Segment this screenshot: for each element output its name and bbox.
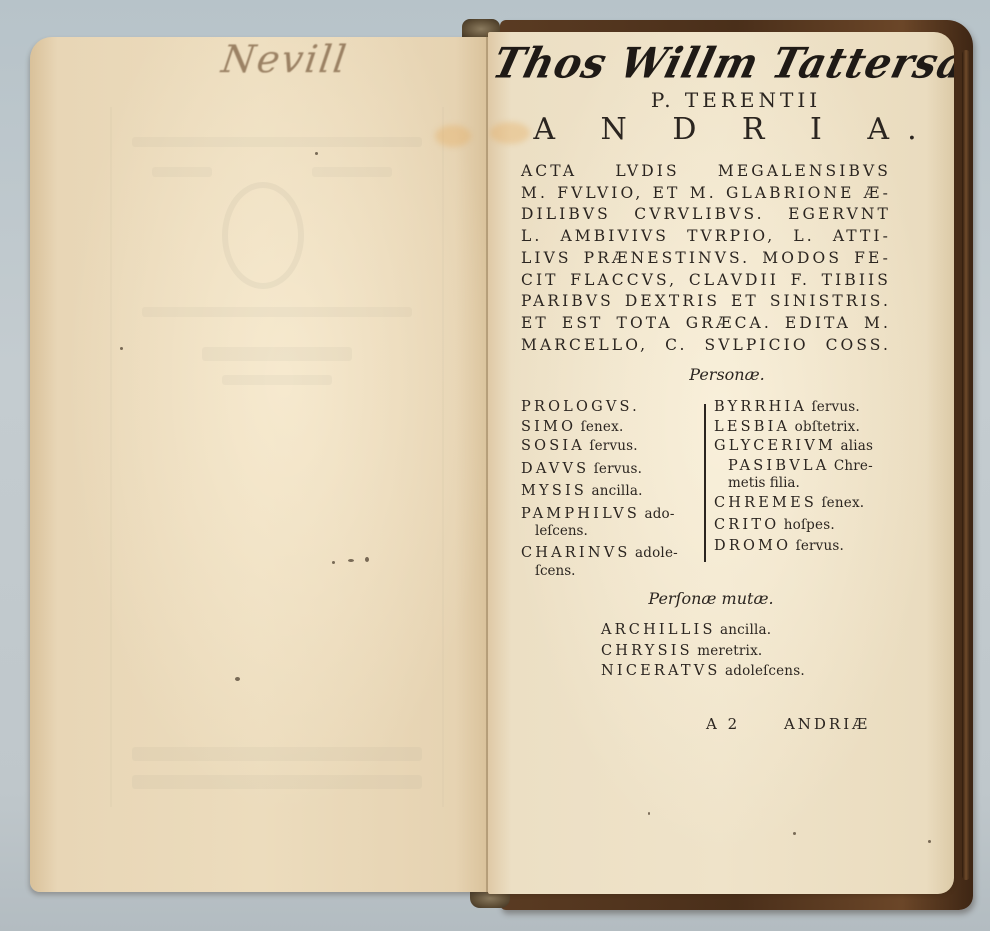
ghost-line [132,747,422,761]
speck [315,152,318,155]
author-name: P. TERENTII [488,88,954,112]
persona-name: CRITO [714,517,779,533]
persona-entry: PASIBVLA Chre- metis filia. [714,457,894,492]
persona-role-continued: ſcens. [521,564,701,579]
persona-name: MYSIS [521,483,587,499]
ghost-emblem [222,182,304,289]
preamble-line: LIVS PRÆNESTINVS. MODOS FE- [521,248,891,270]
preamble-line: PARIBVS DEXTRIS ET SINISTRIS. [521,291,891,313]
page-footer: A 2 ANDRIÆ [706,715,870,733]
persona-entry: LESBIA obſtetrix. [714,418,894,438]
persona-role: adoleſcens. [725,663,805,679]
personae-left-column: PROLOGVS. SIMO ſenex. SOSIA ſervus. DAVV… [521,398,701,579]
persona-entry: DAVVS ſervus. [521,460,701,480]
left-page: Nevill [30,37,492,892]
persona-name: SOSIA [521,438,585,454]
speck [928,840,931,843]
ghost-line [312,167,392,177]
speck [365,557,369,562]
persona-name: GLYCERIVM [714,438,836,454]
speck [235,677,240,681]
signature-mark: A 2 [706,715,740,733]
persona-entry: SOSIA ſervus. [521,437,701,457]
persona-name: NICERATVS [601,663,721,679]
persona-entry: MYSIS ancilla. [521,482,701,502]
preamble-line: M. FVLVIO, ET M. GLABRIONE Æ- [521,183,891,205]
persona-name: BYRRHIA [714,399,807,415]
preamble-line: MARCELLO, C. SVLPICIO COSS. [521,335,891,357]
persona-role: obſtetrix. [795,419,860,435]
persona-role: ſervus. [796,538,844,554]
persona-role: ſenex. [821,495,864,511]
persona-role: meretrix. [697,643,762,659]
persona-entry: PROLOGVS. [521,398,701,418]
persona-name: DROMO [714,538,791,554]
speck [348,559,354,562]
personae-right-column: BYRRHIA ſervus. LESBIA obſtetrix. GLYCER… [714,398,894,557]
faded-inscription: Nevill [219,37,351,81]
persona-name: SIMO [521,419,576,435]
persona-entry: SIMO ſenex. [521,418,701,438]
persona-role: ſervus. [812,399,860,415]
persona-name: PAMPHILVS [521,506,640,522]
ghost-line [132,137,422,147]
persona-role: ado- [644,506,674,522]
persona-entry: ARCHILLIS ancilla. [601,620,805,641]
persona-entry: CRITO hoſpes. [714,516,894,536]
speck [332,561,335,564]
persona-name: CHRYSIS [601,643,693,659]
didascalia-preamble: ACTA LVDIS MEGALENSIBVS M. FVLVIO, ET M.… [521,161,891,356]
persona-role: ancilla. [591,483,642,499]
column-rule [704,404,706,562]
persona-name: PROLOGVS. [521,399,640,415]
right-page-title: Thos Willm Tattersall P. TERENTII A N D … [488,32,954,894]
show-through-engraving [110,107,444,807]
personae-list: PROLOGVS. SIMO ſenex. SOSIA ſervus. DAVV… [521,398,891,558]
ghost-line [152,167,212,177]
persona-entry: CHRYSIS meretrix. [601,641,805,662]
preamble-line: ET EST TOTA GRÆCA. EDITA M. [521,313,891,335]
persona-entry: DROMO ſervus. [714,537,894,557]
personae-mutae-list: ARCHILLIS ancilla. CHRYSIS meretrix. NIC… [601,620,805,682]
persona-entry: NICERATVS adoleſcens. [601,661,805,682]
play-title: A N D R I A. [488,112,954,147]
persona-name: PASIBVLA [728,458,829,474]
speck [120,347,123,350]
persona-role: ancilla. [720,622,771,638]
ownership-signature: Thos Willm Tattersall [488,39,954,88]
persona-role: hoſpes. [784,517,835,533]
catchword: ANDRIÆ [784,715,870,733]
persona-role-continued: leſcens. [521,524,701,539]
persona-role: alias [841,438,874,454]
ghost-line [222,375,332,385]
persona-entry: BYRRHIA ſervus. [714,398,894,418]
ghost-line [202,347,352,361]
persona-entry: GLYCERIVM alias [714,437,894,457]
persona-name: ARCHILLIS [601,622,716,638]
persona-entry: CHARINVS adole- ſcens. [521,544,701,579]
persona-role: ſenex. [581,419,624,435]
preamble-line: CIT FLACCVS, CLAVDII F. TIBIIS [521,270,891,292]
speck [648,812,650,815]
preamble-line: ACTA LVDIS MEGALENSIBVS [521,161,891,183]
persona-entry: CHREMES ſenex. [714,494,894,514]
speck [793,832,796,835]
persona-name: LESBIA [714,419,790,435]
persona-role: ſervus. [589,438,637,454]
preamble-line: DILIBVS CVRVLIBVS. EGERVNT [521,204,891,226]
personae-mutae-heading: Perſonæ mutæ. [488,589,944,608]
persona-name: CHREMES [714,495,817,511]
persona-entry: PAMPHILVS ado- leſcens. [521,505,701,540]
persona-role: adole- [635,545,678,561]
foxing-stain [435,125,471,147]
persona-role-continued: metis filia. [728,476,894,491]
persona-role: Chre- [834,458,873,474]
preamble-line: L. AMBIVIVS TVRPIO, L. ATTI- [521,226,891,248]
ghost-line [142,307,412,317]
personae-heading: Personæ. [488,365,954,384]
persona-name: CHARINVS [521,545,631,561]
ghost-line [132,775,422,789]
persona-name: DAVVS [521,461,589,477]
persona-role: ſervus. [594,461,642,477]
